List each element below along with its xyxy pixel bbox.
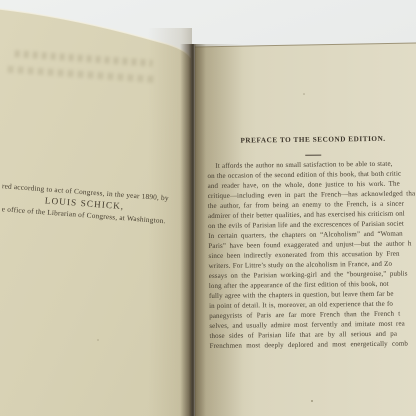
preface-page: PREFACE TO THE SECOND EDITION. It afford… [207,133,416,351]
paper-speck [97,339,99,341]
paper-speck [311,400,313,402]
preface-heading: PREFACE TO THE SECOND EDITION. [207,133,416,146]
paper-speck [303,93,305,95]
gutter-shadow [180,44,206,416]
book-photograph: red according to act of Congress, in the… [0,0,416,416]
preface-paragraph: It affords the author no small satisfact… [207,158,416,351]
heading-rule [305,155,321,156]
